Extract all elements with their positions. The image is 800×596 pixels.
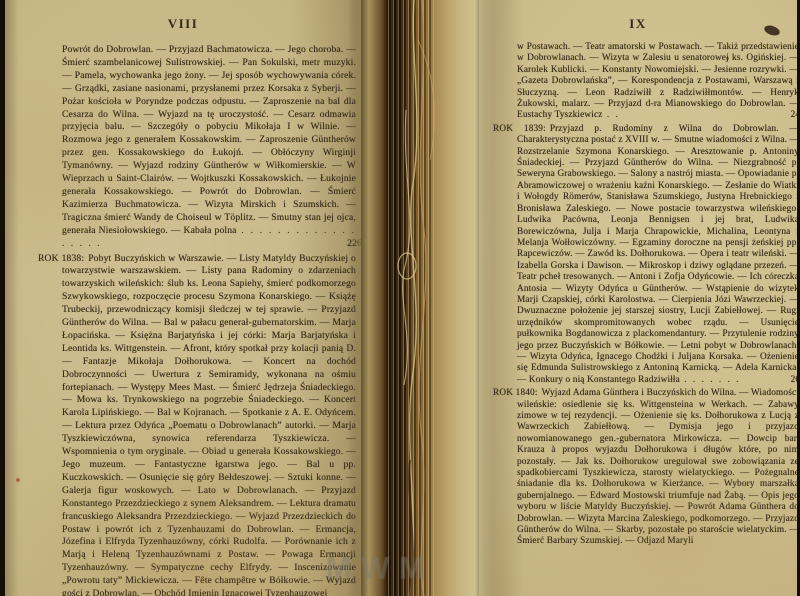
dot-leader: . . xyxy=(603,110,620,120)
book-page-right: IX w Postawach. — Teatr amatorski w Post… xyxy=(479,0,797,596)
page-number-roman-left: VIII xyxy=(5,16,361,32)
binding-threads-illustration xyxy=(352,0,492,596)
entry-year-label: ROK 1840: xyxy=(493,388,538,398)
book-spine-gutter xyxy=(352,0,492,596)
book-page-left: VIII Powrót do Dobrowlan. — Przyjazd Bac… xyxy=(5,0,361,596)
toc-entry: ROK 1840:Wyjazd Adama Günthera i Buczyńs… xyxy=(493,388,797,548)
toc-text-column-left: Powrót do Dobrowlan. — Przyjazd Bachmato… xyxy=(38,44,356,596)
entry-text: w Postawach. — Teatr amatorski w Postawa… xyxy=(517,42,797,120)
page-number-roman-right: IX xyxy=(479,16,797,32)
entry-text: Pobyt Buczyńskich w Warszawie. — Listy M… xyxy=(62,253,356,596)
toc-entry: ROK 1839:Przyjazd p. Rudominy z Wilna do… xyxy=(493,124,797,386)
scanned-book-spread: VIII Powrót do Dobrowlan. — Przyjazd Bac… xyxy=(0,0,800,596)
toc-entry: Powrót do Dobrowlan. — Przyjazd Bachmato… xyxy=(38,44,356,251)
entry-year-label: ROK 1838: xyxy=(38,253,84,264)
entry-year-label: ROK 1839: xyxy=(493,124,546,134)
dot-leader: . . . . . . . xyxy=(680,375,741,385)
entry-text: Wyjazd Adama Günthera i Buczyńskich do W… xyxy=(517,388,797,546)
entry-text: Powrót do Dobrowlan. — Przyjazd Bachmato… xyxy=(62,44,356,236)
toc-entry: w Postawach. — Teatr amatorski w Postawa… xyxy=(493,42,797,122)
photo-edge-left xyxy=(0,0,5,596)
library-watermark: MWM xyxy=(326,551,506,587)
entry-text: Przyjazd p. Rudominy z Wilna do Dobrowla… xyxy=(517,124,797,385)
toc-entry: ROK 1838:Pobyt Buczyńskich w Warszawie. … xyxy=(38,253,356,596)
toc-text-column-right: w Postawach. — Teatr amatorski w Postawa… xyxy=(493,42,797,550)
